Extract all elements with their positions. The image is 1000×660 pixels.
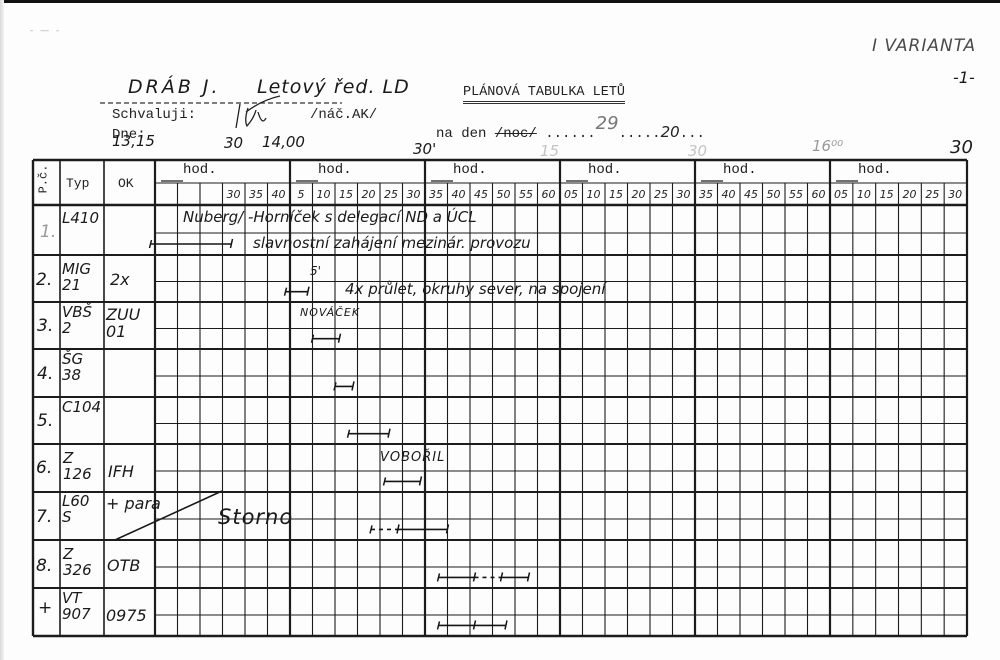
aircraft-type: ŠG 38 (62, 352, 83, 384)
minute-label: 50 (763, 188, 785, 201)
row2-duration: 5' (310, 264, 321, 278)
aircraft-type: Z 126 (63, 451, 92, 483)
flight-start-tick (438, 621, 440, 629)
minute-label: 55 (785, 188, 807, 201)
plan-date-line: na den /noc/ ......29.....20... (436, 121, 705, 142)
minute-label: 40 (268, 188, 290, 201)
row2-note: 4x průlet, okruhy sever, na spojení (345, 280, 605, 298)
ok-code: 0975 (106, 608, 147, 625)
minute-label: 20 (899, 188, 921, 201)
date-dots: ..... (619, 126, 661, 142)
ok-code: ZUU 01 (106, 307, 140, 341)
hour-label: hod. (588, 162, 622, 178)
approve-role: /náč.AK/ (310, 107, 377, 123)
minute-label: 25 (921, 188, 943, 201)
row-number: 4. (37, 364, 53, 384)
minute-label: 20 (628, 188, 650, 201)
row1-note-line1: Nuberg/ -Horníček s delegací ND a ÚCL (183, 208, 477, 226)
approve-label: Schvaluji: (112, 107, 196, 123)
minute-label: 30 (223, 188, 245, 201)
flight-start-tick (334, 382, 336, 390)
time-mark: 30 (950, 137, 973, 158)
hour-label: hod. (723, 162, 757, 178)
date-year: 20 (661, 123, 680, 141)
minute-label: 55 (515, 188, 537, 201)
header-number: P.č. (36, 165, 50, 194)
minute-label: 35 (425, 188, 447, 201)
row6-pilot: VOBOŘIL (380, 450, 445, 465)
hour-label: hod. (858, 162, 892, 178)
flight-end-tick (231, 239, 233, 248)
header-type: Typ (66, 176, 89, 191)
night-struck: /noc/ (495, 126, 537, 142)
aircraft-type: MIG 21 (62, 262, 91, 294)
corner-marks: - — - (30, 26, 61, 36)
minute-label: 35 (245, 188, 267, 201)
minute-label: 30 (673, 188, 695, 201)
minute-label: 10 (853, 188, 875, 201)
row3-pilot: NOVÁČEK (300, 306, 360, 319)
row1-note-line2: slavnostní zahájení mezinár. provozu (253, 234, 531, 252)
flight-end-tick (505, 620, 507, 629)
date-day: 29 (596, 113, 619, 134)
flight-start-tick (150, 240, 152, 248)
minute-label: 40 (448, 188, 470, 201)
flight-end-tick (307, 287, 309, 296)
row-number: 8. (36, 556, 52, 576)
minute-label: 05 (560, 188, 582, 201)
minute-label: 25 (380, 188, 402, 201)
time-mark: 13,15 (112, 132, 155, 150)
flight-start-tick (370, 525, 372, 533)
variant-label: I VARIANTA (872, 36, 976, 56)
minute-label: 30 (944, 188, 966, 201)
date-dots: ... (680, 126, 705, 142)
minute-label: 45 (470, 188, 492, 201)
time-mark: 30' (413, 140, 436, 158)
time-mark: 15 (540, 142, 559, 160)
minute-label: 45 (740, 188, 762, 201)
minute-label: 5 (290, 188, 312, 201)
minute-label: 20 (358, 188, 380, 201)
flight-end-tick (352, 381, 354, 390)
flight-start-tick (285, 288, 287, 296)
header-ok: OK (118, 176, 134, 191)
hour-label: hod. (318, 162, 352, 178)
page-number: -1- (953, 68, 975, 87)
row-number: 2. (36, 270, 52, 290)
hour-label: hod. (453, 162, 487, 178)
aircraft-type: C104 (62, 400, 101, 416)
aircraft-type: Z 326 (63, 547, 92, 579)
date-for-label: na den (436, 126, 486, 142)
row-number: + (38, 598, 52, 618)
ok-code: 2x (110, 272, 130, 289)
signature-scribble (236, 96, 280, 128)
signer-role: Letový řed. LD (257, 76, 410, 98)
flight-end-tick (339, 334, 341, 343)
flight-start-tick (438, 573, 440, 581)
minute-label: 30 (403, 188, 425, 201)
minute-label: 15 (876, 188, 898, 201)
row-number: 1. (40, 222, 56, 242)
minute-label: 25 (650, 188, 672, 201)
flight-end-tick (388, 429, 390, 438)
time-mark: 16⁰⁰ (812, 137, 843, 155)
minute-label: 15 (335, 188, 357, 201)
flight-start-tick (384, 477, 386, 485)
flight-start-tick (348, 430, 350, 438)
minute-label: 05 (830, 188, 852, 201)
aircraft-type: VBŠ 2 (62, 305, 92, 337)
minute-label: 40 (718, 188, 740, 201)
date-dots: ...... (537, 126, 596, 142)
row7-storno: Storno (218, 505, 293, 529)
aircraft-type: VT 907 (62, 591, 91, 623)
flight-start-tick (312, 335, 314, 343)
signer-name: DRÁB J. (128, 76, 221, 98)
flight-end-tick (528, 572, 530, 581)
minute-label: 60 (808, 188, 830, 201)
aircraft-type: L60 S (62, 494, 89, 526)
ok-code: IFH (108, 464, 134, 481)
flight-end-tick (447, 524, 449, 533)
minute-label: 15 (605, 188, 627, 201)
document-title: PLÁNOVÁ TABULKA LETŮ (463, 85, 625, 104)
minute-label: 35 (695, 188, 717, 201)
row-number: 6. (36, 458, 52, 478)
time-mark: 30 (688, 142, 707, 160)
time-mark: 14,00 (262, 133, 305, 151)
minute-label: 10 (313, 188, 335, 201)
time-mark: 30 (224, 134, 243, 152)
flight-end-tick (420, 476, 422, 485)
minute-label: 60 (538, 188, 560, 201)
ok-code: + para (106, 496, 161, 513)
aircraft-type: L410 (62, 211, 99, 227)
minute-label: 50 (493, 188, 515, 201)
minute-label: 10 (583, 188, 605, 201)
hour-label: hod. (183, 162, 217, 178)
row-number: 5. (37, 411, 53, 431)
row-number: 7. (36, 507, 52, 527)
ok-code: OTB (107, 558, 140, 575)
row-number: 3. (37, 316, 53, 336)
